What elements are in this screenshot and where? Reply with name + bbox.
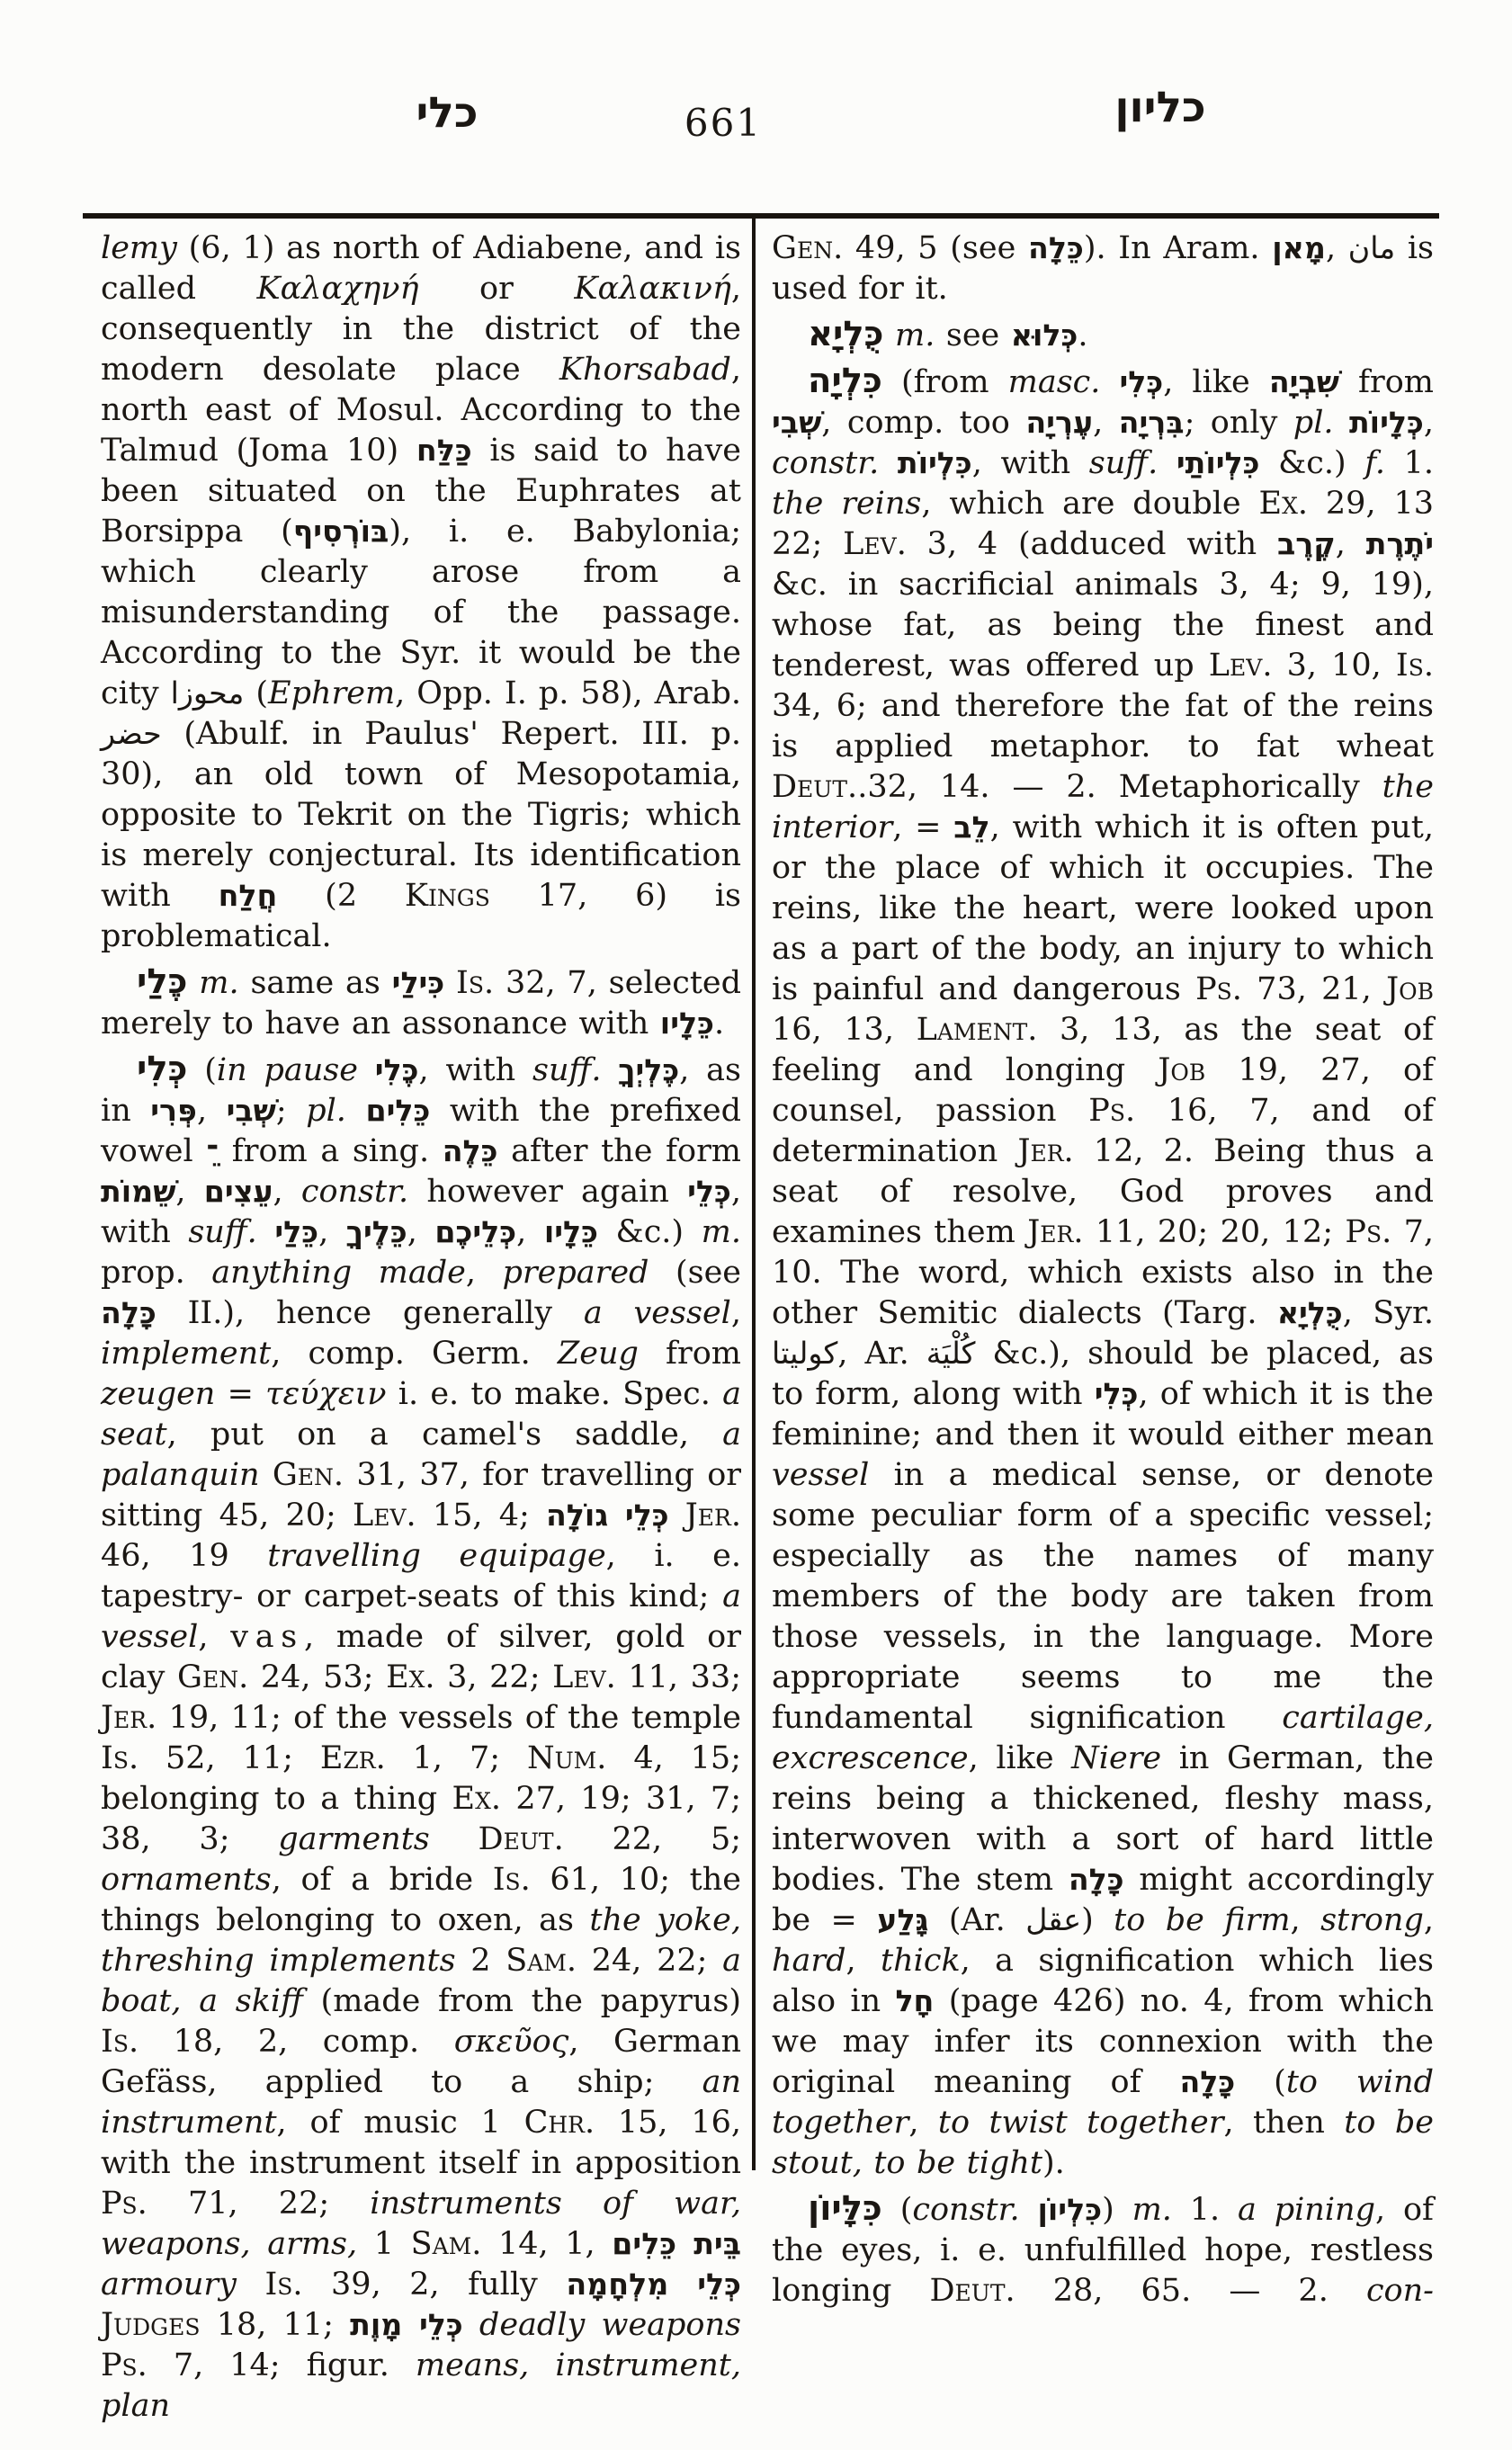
- body-text: , which are double: [921, 486, 1258, 522]
- body-text: 19, 11; of the vessels of the temple: [157, 1700, 741, 1736]
- book-reference: Sam.: [505, 1943, 577, 1979]
- body-text: (from: [882, 364, 1008, 400]
- hebrew-text: כֶּלִי: [375, 1052, 419, 1087]
- body-text: [430, 1821, 479, 1857]
- hebrew-text: כֵּלִים: [365, 1093, 430, 1128]
- hebrew-text: יֹתֶרֶת: [1366, 526, 1434, 561]
- body-text: [879, 445, 898, 481]
- body-text: (: [187, 1052, 216, 1088]
- hebrew-text: כָּלָה: [1069, 1862, 1124, 1897]
- body-text: prepared: [502, 1255, 649, 1291]
- body-text: m.: [895, 317, 935, 353]
- hebrew-text: כֶּלְיְךָ: [618, 1052, 679, 1087]
- body-text: after the form: [498, 1133, 741, 1169]
- body-text: ,: [466, 1255, 503, 1291]
- book-reference: Lament.: [917, 1012, 1038, 1048]
- body-text: , Syr.: [1343, 1295, 1434, 1331]
- book-reference: Lev.: [353, 1498, 416, 1533]
- book-reference: Ex.: [386, 1659, 434, 1695]
- hebrew-text: כְּלֵיכֶם: [434, 1214, 516, 1249]
- continuation-keli-aram: Gen. 49, 5 (see כֵּלָה). In Aram. מָאן, …: [772, 228, 1434, 309]
- hebrew-text: שִׁבְיָה: [1269, 364, 1339, 399]
- book-reference: Num.: [527, 1740, 606, 1776]
- body-text: 3, 4 (adduced with: [907, 526, 1277, 562]
- book-reference: Lev.: [843, 526, 907, 562]
- hebrew-text: פְּרִי: [150, 1093, 197, 1128]
- hebrew-text: כִּלְיוֹן: [1037, 2192, 1102, 2227]
- greek-text: Καλακινή: [574, 271, 731, 307]
- book-reference: Ps.: [1345, 1214, 1391, 1250]
- body-text: [1020, 2192, 1038, 2228]
- syriac-text: كوليتا: [772, 1336, 837, 1371]
- body-text: constr.: [772, 445, 879, 481]
- hebrew-text: שְׁבִי: [227, 1093, 276, 1128]
- body-text: ; only: [1185, 405, 1293, 441]
- body-text: [883, 317, 895, 353]
- body-text: 7, 14; figur.: [148, 2347, 416, 2383]
- hebrew-text: עֵצִים: [204, 1174, 273, 1209]
- body-text: strong: [1320, 1902, 1424, 1938]
- book-reference: Lev.: [1209, 648, 1273, 684]
- hebrew-text: כָּלָה: [101, 1295, 157, 1330]
- book-reference: Ps.: [1195, 971, 1242, 1007]
- body-text: 46, 19: [101, 1538, 267, 1574]
- book-reference: Is.: [456, 965, 494, 1001]
- body-text: , like: [1163, 364, 1269, 400]
- body-text: 39, 2, fully: [303, 2267, 567, 2302]
- body-text: from a sing.: [219, 1133, 443, 1169]
- body-text: m.: [1132, 2192, 1172, 2228]
- body-text: con-: [1366, 2273, 1434, 2309]
- body-text: &c.): [1259, 445, 1364, 481]
- body-text: Ephrem: [268, 675, 395, 711]
- body-text: 24, 22;: [577, 1943, 722, 1979]
- body-text: .: [714, 1006, 724, 1042]
- entry-keli: כְּלִי (in pause כֶּלִי, with suff. כֶּל…: [101, 1051, 741, 2427]
- body-text: ,: [198, 1619, 230, 1655]
- body-text: ,: [731, 1295, 741, 1331]
- book-reference: Judges: [101, 2307, 201, 2343]
- body-text: , like: [969, 1740, 1072, 1776]
- hebrew-text: מָאן: [1272, 230, 1326, 265]
- book-reference: Ps.: [101, 2347, 148, 2383]
- body-text: (see: [649, 1255, 741, 1291]
- body-text: 11, 20; 20, 12;: [1083, 1214, 1345, 1250]
- body-text: in a medical sense, or denote some pecul…: [772, 1457, 1434, 1736]
- body-text: (: [244, 675, 268, 711]
- book-reference: Sam.: [411, 2226, 482, 2262]
- body-text: pl.: [306, 1093, 346, 1129]
- hebrew-headword: כִּלָּיוֹן: [808, 2188, 882, 2229]
- book-reference: Gen.: [177, 1659, 248, 1695]
- body-text: ,: [1093, 405, 1119, 441]
- body-text: (: [882, 2192, 913, 2228]
- body-text: (made from the papyrus): [303, 1983, 741, 2019]
- entry-kilyah: כִּלְיָה (from masc. כְּלִי, like שִׁבְי…: [772, 362, 1434, 2184]
- body-text: 49, 5 (see: [843, 230, 1028, 266]
- body-text: armoury: [101, 2267, 237, 2302]
- body-text: ,: [516, 1214, 544, 1250]
- hebrew-text: בּוֹרְסִיף: [293, 514, 389, 549]
- body-text: suff.: [188, 1214, 256, 1250]
- hebrew-text: שֵׁמוֹת: [101, 1174, 175, 1209]
- hebrew-text: כְּלֵי גוֹלָה: [546, 1498, 669, 1533]
- hebrew-text: כְּלִי: [1119, 364, 1163, 399]
- body-text: 15, 4;: [416, 1498, 546, 1533]
- arabic-text: كُلْيَة: [926, 1336, 976, 1371]
- body-text: 14, 1,: [481, 2226, 612, 2262]
- body-text: , of a bride: [272, 1862, 493, 1898]
- greek-text: Καλαχηνή: [256, 271, 418, 307]
- book-reference: Is.: [264, 2267, 302, 2302]
- body-text: , of music 1: [277, 2105, 524, 2141]
- hebrew-text: כֵּלֶה: [443, 1133, 498, 1168]
- entry-kulya: כֻּלְיָא m. see כְּלוּא.: [772, 316, 1434, 356]
- body-text: from: [639, 1336, 741, 1372]
- body-text: to be firm: [1114, 1902, 1290, 1938]
- body-text: 11, 33;: [616, 1659, 741, 1695]
- body-text: in pause: [217, 1052, 358, 1088]
- book-reference: Lev.: [552, 1659, 616, 1695]
- body-text: m.: [702, 1214, 741, 1250]
- body-text: zeugen: [101, 1376, 215, 1412]
- syriac-text: محوزا: [171, 675, 245, 711]
- body-text: 73, 21,: [1242, 971, 1386, 1007]
- body-text: 18, 2, comp.: [139, 2024, 454, 2060]
- body-text: prop.: [101, 1255, 211, 1291]
- body-text: ,: [175, 1174, 203, 1210]
- body-text: [257, 1214, 275, 1250]
- book-reference: Ps.: [101, 2186, 148, 2222]
- hebrew-text: כֵּלֶיךָ: [346, 1214, 407, 1249]
- body-text: lemy: [101, 230, 189, 266]
- book-reference: Ex.: [1259, 486, 1308, 522]
- arabic-text: حضر: [101, 716, 162, 751]
- body-text: 34, 6; and therefore the fat of the rein…: [772, 688, 1434, 765]
- hebrew-headword: כֻּלְיָא: [808, 314, 883, 354]
- syriac-text: مان: [1348, 230, 1395, 265]
- body-text: 3, 10,: [1272, 648, 1395, 684]
- body-text: garments: [278, 1821, 429, 1857]
- body-text: ,: [1326, 230, 1348, 266]
- body-text: [237, 2267, 265, 2302]
- book-reference: Jer.: [1027, 1214, 1083, 1250]
- hebrew-text: כֵּלָיו: [544, 1214, 598, 1249]
- body-text: see: [935, 317, 1010, 353]
- hebrew-headword: כְּלִי: [137, 1049, 187, 1089]
- book-reference: Jer.: [1017, 1133, 1073, 1169]
- book-reference: Is.: [101, 2024, 139, 2060]
- body-text: , comp. too: [821, 405, 1025, 441]
- body-text: [260, 1457, 273, 1493]
- header-rule: [83, 213, 1439, 219]
- body-text: Khorsabad: [559, 352, 731, 388]
- body-text: ,: [1336, 526, 1366, 562]
- body-text: ,: [908, 2105, 938, 2141]
- body-text: ).: [1042, 2145, 1065, 2181]
- body-text: , put on a camel's saddle,: [167, 1417, 723, 1453]
- body-text: [669, 1498, 685, 1533]
- body-text: Niere: [1071, 1740, 1161, 1776]
- left-column: lemy (6, 1) as north of Adiabene, and is…: [101, 228, 741, 2427]
- body-text: 28, 65. — 2.: [1015, 2273, 1366, 2309]
- body-text: , with: [419, 1052, 533, 1088]
- body-text: 1.: [1385, 445, 1434, 481]
- body-text: , comp. Germ.: [271, 1336, 558, 1372]
- hebrew-text: כַּלַּח: [416, 433, 472, 468]
- body-text: [346, 1093, 366, 1129]
- hebrew-text: כֵּלָיו: [660, 1006, 714, 1041]
- entry-killayon: כִּלָּיוֹן (constr. כִּלְיוֹן) m. 1. a p…: [772, 2190, 1434, 2311]
- body-text: (: [1235, 2064, 1286, 2100]
- book-reference: Is.: [101, 1740, 139, 1776]
- body-text: [1158, 445, 1176, 481]
- body-text: 24, 53;: [248, 1659, 386, 1695]
- body-text: (Ar.: [928, 1902, 1025, 1938]
- hebrew-text: בֵּית כֵּלִים: [612, 2226, 741, 2261]
- body-text: 3, 22;: [435, 1659, 553, 1695]
- book-reference: Chr.: [524, 2105, 595, 2141]
- hebrew-text: חֲלַח: [219, 878, 278, 913]
- body-text: thick: [881, 1943, 961, 1979]
- book-reference: Jer.: [685, 1498, 741, 1533]
- body-text: a pining: [1238, 2192, 1375, 2228]
- book-reference: Deut.: [772, 769, 857, 805]
- body-text: deadly weapons: [479, 2307, 741, 2343]
- body-text: constr.: [301, 1174, 408, 1210]
- body-text: [358, 1052, 375, 1088]
- book-reference: Ezr.: [320, 1740, 386, 1776]
- body-text: [187, 965, 199, 1001]
- body-text: 52, 11;: [139, 1740, 320, 1776]
- body-text: .: [1078, 317, 1087, 353]
- header-keyword-left: כלי: [357, 88, 537, 138]
- hebrew-headword: כֶּלַי: [137, 961, 187, 1002]
- page-number: 661: [633, 101, 813, 145]
- hebrew-text: קֶרֶב: [1277, 526, 1336, 561]
- body-text: travelling equipage: [267, 1538, 605, 1574]
- hebrew-text: גָּלַע: [877, 1902, 928, 1937]
- book-reference: Is.: [1396, 648, 1434, 684]
- body-text: ,: [1424, 405, 1434, 441]
- body-text: , =: [892, 809, 953, 845]
- hebrew-text: כֵּלַי: [274, 1214, 318, 1249]
- hebrew-text: כְּלֵי מָוֶת: [350, 2307, 463, 2342]
- book-reference: Job: [1386, 971, 1434, 1007]
- body-text: =: [215, 1376, 265, 1412]
- body-text: i. e. to make. Spec.: [387, 1376, 723, 1412]
- hebrew-text: כֻּלְיָא: [1277, 1295, 1343, 1330]
- body-text: implement: [101, 1336, 271, 1372]
- body-text: ,: [197, 1093, 227, 1129]
- entry-kelai: כֶּלַי m. same as כִּילַי Is. 32, 7, sel…: [101, 963, 741, 1044]
- body-text: ,: [846, 1943, 881, 1979]
- hebrew-text: כְּלִי: [1095, 1376, 1139, 1411]
- hebrew-text: כֵּלָה: [1028, 230, 1084, 265]
- hebrew-text: שְׁבִי: [772, 405, 821, 440]
- body-text: 16, 13,: [772, 1012, 917, 1048]
- body-text: anything made: [211, 1255, 466, 1291]
- hebrew-text: כְּלֵי: [687, 1174, 731, 1209]
- body-text: 22, 5;: [564, 1821, 741, 1857]
- hebrew-text: לֵב: [953, 809, 989, 845]
- hebrew-text: כִּלְיוֹת: [898, 445, 972, 480]
- book-reference: Gen.: [273, 1457, 344, 1493]
- body-text: ,: [273, 1174, 301, 1210]
- body-text: 2: [456, 1943, 506, 1979]
- hebrew-text: ־ֵ: [206, 1133, 219, 1168]
- dictionary-page: כלי 661 כליון lemy (6, 1) as north of Ad…: [0, 0, 1512, 2450]
- body-text: [463, 2307, 479, 2343]
- body-text: Zeug: [558, 1336, 639, 1372]
- body-text: 1: [357, 2226, 410, 2262]
- body-text: masc.: [1008, 364, 1101, 400]
- book-reference: Deut.: [929, 2273, 1015, 2309]
- body-text: ): [1081, 1902, 1114, 1938]
- body-text: pl.: [1293, 405, 1334, 441]
- body-text: , Opp. I. p. 58), Arab.: [395, 675, 741, 711]
- body-text: however again: [408, 1174, 687, 1210]
- right-column: Gen. 49, 5 (see כֵּלָה). In Aram. מָאן, …: [772, 228, 1434, 2311]
- body-text: II.), hence generally: [157, 1295, 584, 1331]
- greek-text: τεύχειν: [265, 1376, 386, 1412]
- body-text: suff.: [1089, 445, 1158, 481]
- body-text: ). In Aram.: [1084, 230, 1272, 266]
- body-text: ,: [1424, 1902, 1434, 1938]
- hebrew-text: כְּלֵי מִלְחָמָה: [566, 2267, 741, 2302]
- hebrew-text: כִּילַי: [392, 965, 445, 1000]
- body-text: vas: [230, 1619, 304, 1655]
- header-keyword-right: כליון: [1061, 83, 1259, 132]
- body-text: [1100, 364, 1119, 400]
- hebrew-text: כְּלוּא: [1011, 317, 1078, 353]
- body-text: constr.: [912, 2192, 1019, 2228]
- body-text: ornaments: [101, 1862, 272, 1898]
- hebrew-text: כְּלָיוֹת: [1349, 405, 1424, 440]
- body-text: [444, 965, 456, 1001]
- hebrew-text: חָל: [895, 1983, 934, 2018]
- body-text: , Ar.: [837, 1336, 926, 1372]
- body-text: (2: [277, 878, 405, 914]
- body-text: the reins: [772, 486, 921, 522]
- body-text: to twist together: [938, 2105, 1224, 2141]
- book-reference: Jer.: [101, 1700, 157, 1736]
- body-text: ,: [1291, 1902, 1321, 1938]
- body-text: a vessel: [584, 1295, 731, 1331]
- body-text: , with: [972, 445, 1089, 481]
- body-text: 1.: [1172, 2192, 1238, 2228]
- body-text: 1, 7;: [386, 1740, 527, 1776]
- arabic-text: عقل: [1025, 1902, 1081, 1937]
- book-reference: Deut.: [479, 1821, 564, 1857]
- hebrew-text: כִּלְיוֹתַי: [1176, 445, 1260, 480]
- book-reference: Ex.: [452, 1781, 501, 1817]
- body-text: from: [1339, 364, 1434, 400]
- body-text: [601, 1052, 618, 1088]
- body-text: [1334, 405, 1349, 441]
- book-reference: Gen.: [772, 230, 843, 266]
- body-text: hard: [772, 1943, 846, 1979]
- hebrew-text: כָּלָה: [1179, 2064, 1235, 2099]
- body-text: &c.): [598, 1214, 702, 1250]
- body-text: m.: [199, 965, 238, 1001]
- body-text: ): [1102, 2192, 1132, 2228]
- body-text: ,: [318, 1214, 346, 1250]
- body-text: f.: [1364, 445, 1385, 481]
- body-text: same as: [239, 965, 392, 1001]
- column-divider: [752, 219, 756, 2170]
- body-text: 18, 11;: [201, 2307, 351, 2343]
- hebrew-text: עֶרְיָה: [1025, 405, 1093, 440]
- greek-text: σκεῦος: [454, 2024, 569, 2060]
- body-text: .32, 14. — 2. Metaphorically: [857, 769, 1382, 805]
- body-text: vessel: [772, 1457, 869, 1493]
- body-text: 71, 22;: [148, 2186, 370, 2222]
- book-reference: Job: [1158, 1052, 1205, 1088]
- body-text: ;: [276, 1093, 306, 1129]
- body-text: suff.: [532, 1052, 601, 1088]
- book-reference: Is.: [493, 1862, 531, 1898]
- continuation-ptolemy-calah: lemy (6, 1) as north of Adiabene, and is…: [101, 228, 741, 957]
- body-text: , then: [1223, 2105, 1344, 2141]
- body-text: or: [419, 271, 575, 307]
- hebrew-text: בִּרְיָה: [1119, 405, 1185, 440]
- hebrew-headword: כִּלְיָה: [808, 361, 882, 401]
- book-reference: Ps.: [1088, 1093, 1135, 1129]
- book-reference: Kings: [405, 878, 490, 914]
- body-text: ,: [407, 1214, 435, 1250]
